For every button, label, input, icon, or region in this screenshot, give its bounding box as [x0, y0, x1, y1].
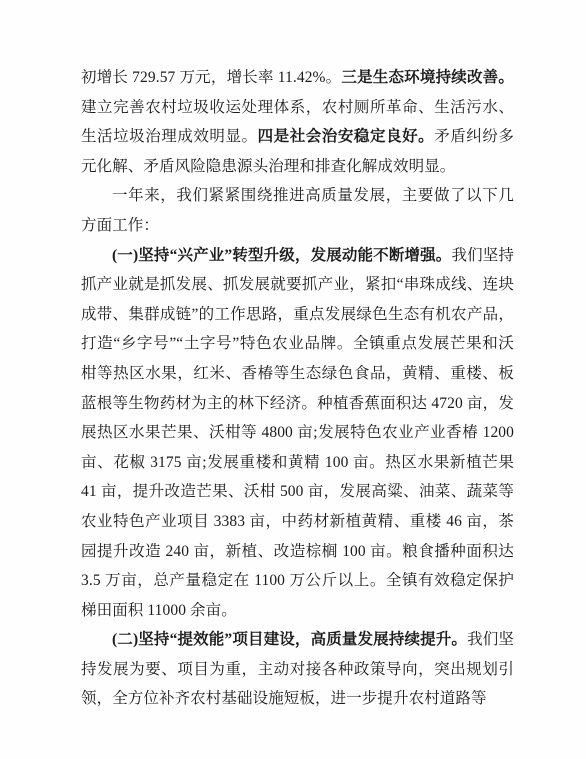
text-segment: 一年来，我们紧紧围绕推进高质量发展，主要做了以下几方面工作：	[81, 187, 514, 234]
document-page: 初增长 729.57 万元，增长率 11.42%。三是生态环境持续改善。建立完善…	[0, 0, 586, 759]
emphasis-segment: (一)坚持“兴产业”转型升级，发展动能不断增强。	[112, 247, 451, 264]
paragraph-2: 一年来，我们紧紧围绕推进高质量发展，主要做了以下几方面工作：	[81, 181, 514, 240]
emphasis-segment: 三是生态环境持续改善。	[341, 69, 514, 86]
paragraph-1: 初增长 729.57 万元，增长率 11.42%。三是生态环境持续改善。建立完善…	[81, 63, 514, 181]
emphasis-segment: (二)坚持“提效能”项目建设，高质量发展持续提升。	[112, 631, 467, 648]
emphasis-segment: 四是社会治安稳定良好。	[258, 128, 435, 145]
text-segment: 初增长 729.57 万元，增长率 11.42%。	[81, 69, 341, 86]
text-segment: 我们坚持抓产业就是抓发展、抓发展就要抓产业，紧扣“串珠成线、连块成带、集群成链”…	[81, 247, 514, 619]
text-body: 初增长 729.57 万元，增长率 11.42%。三是生态环境持续改善。建立完善…	[81, 63, 514, 714]
paragraph-4: (二)坚持“提效能”项目建设，高质量发展持续提升。我们坚持发展为要、项目为重，主…	[81, 625, 514, 714]
paragraph-3: (一)坚持“兴产业”转型升级，发展动能不断增强。我们坚持抓产业就是抓发展、抓发展…	[81, 241, 514, 626]
